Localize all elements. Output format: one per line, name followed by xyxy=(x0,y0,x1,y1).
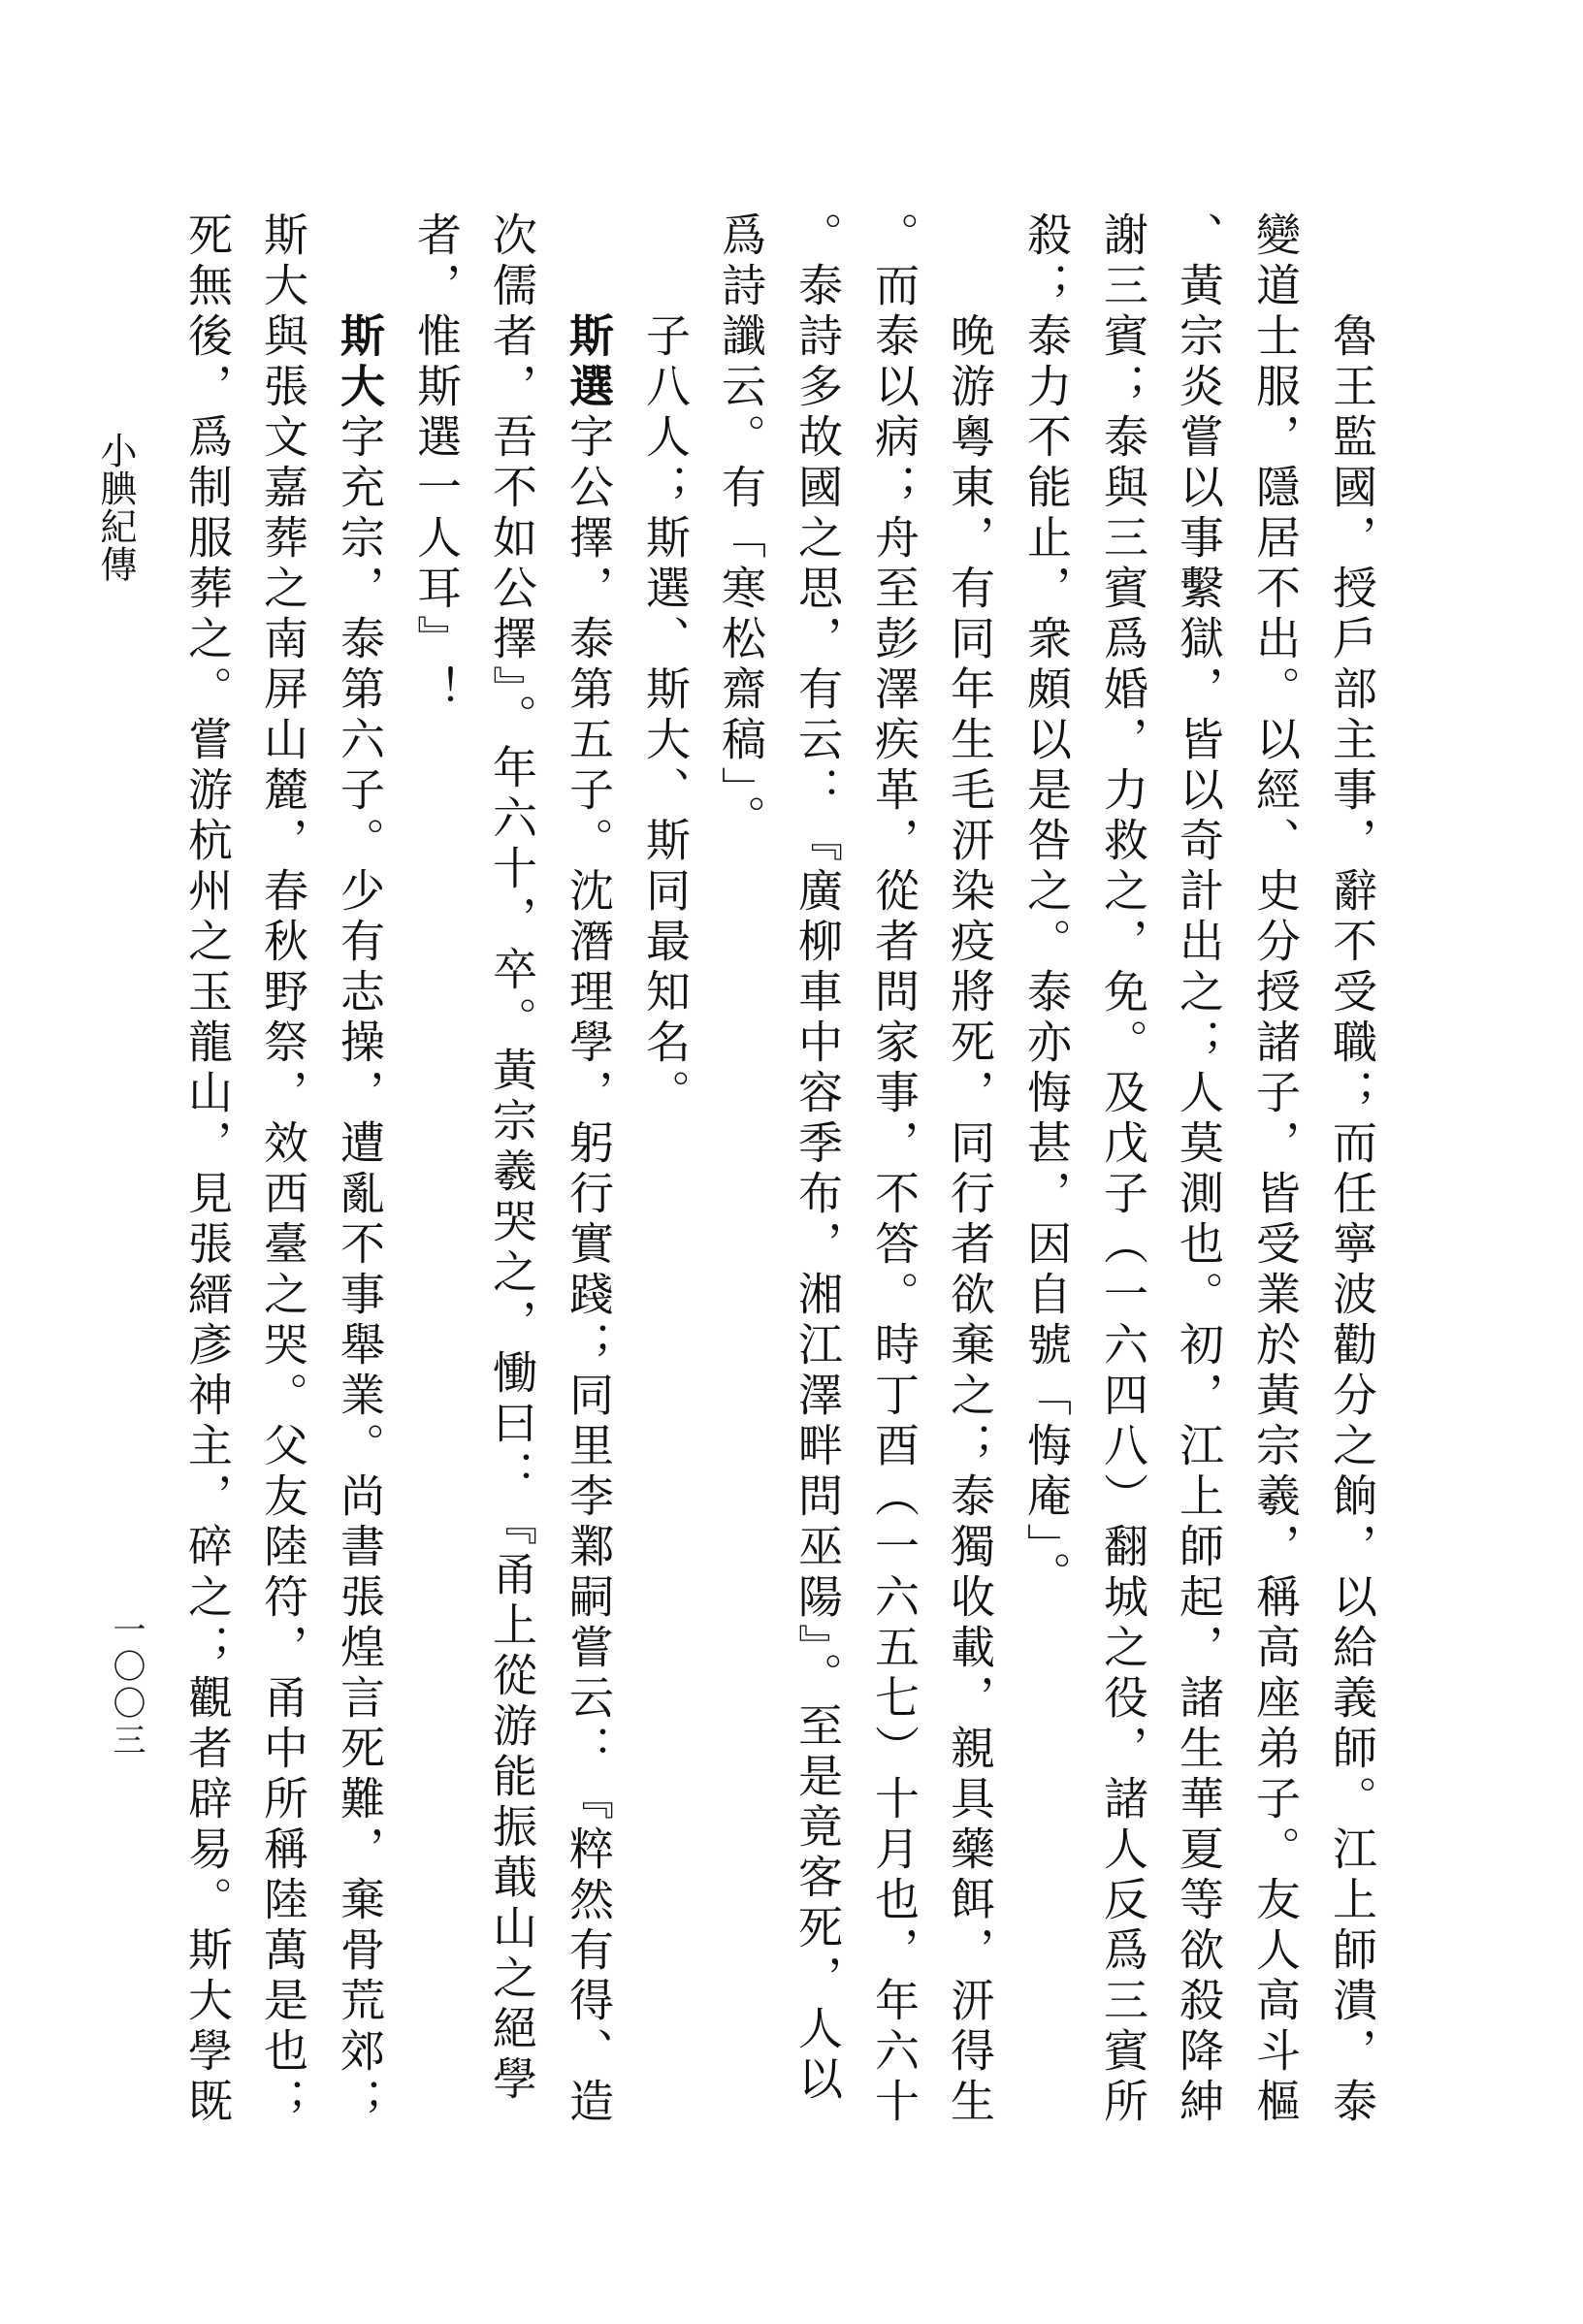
text-column-8: 。泰詩多故國之思，有云：『廣柳車中容季布，湘江澤畔問巫陽』。至是竟客死，人以 xyxy=(792,211,843,2106)
column-text: 、黃宗炎嘗以事繫獄，皆以奇計出之；人莫測也。初，江上師起，諸生華夏等欲殺降紳 xyxy=(1173,211,1225,2128)
text-column-3: 、黃宗炎嘗以事繫獄，皆以奇計出之；人莫測也。初，江上師起，諸生華夏等欲殺降紳 xyxy=(1174,211,1224,2128)
text-column-6: 晚游粵東，有同年生毛汧染疫將死，同行者欲棄之；泰獨收載，親具藥餌，汧得生 xyxy=(945,312,995,2128)
bold-name: 斯選 xyxy=(563,312,615,413)
column-text: 謝三賓；泰與三賓爲婚，力救之，免。及戊子（一六四八）翻城之役，諸人反爲三賓所 xyxy=(1097,211,1149,2128)
column-text: 。而泰以病；舟至彭澤疾革，從者問家事，不答。時丁酉（一六五七）十月也，年六十 xyxy=(868,211,921,2128)
column-text: 字公擇，泰第五子。沈潛理學，躬行實踐；同里李鄴嗣嘗云：『粹然有得、造 xyxy=(563,413,615,2128)
text-column-1: 魯王監國，授戶部主事，辭不受職；而任寧波勸分之餉，以給義師。江上師潰，泰 xyxy=(1327,312,1377,2128)
column-text: 斯大與張文嘉葬之南屏山麓，春秋野祭，效西臺之哭。父友陸符，甬中所稱陸萬是也； xyxy=(257,211,309,2128)
book-page: 魯王監國，授戶部主事，辭不受職；而任寧波勸分之餉，以給義師。江上師潰，泰 變道士… xyxy=(0,0,1583,2324)
column-text: 者，惟斯選一人耳』！ xyxy=(410,211,463,716)
text-column-2: 變道士服，隱居不出。以經、史分授諸子，皆受業於黃宗羲，稱高座弟子。友人高斗樞 xyxy=(1250,211,1301,2128)
column-text: 死無後，爲制服葬之。嘗游杭州之玉龍山，見張縉彥神主，碎之；觀者辟易。斯大學既 xyxy=(181,211,234,2128)
column-text: 字充宗，泰第六子。少有志操，遭亂不事舉業。尚書張煌言死難，棄骨荒郊； xyxy=(334,413,386,2128)
text-column-14: 斯大字充宗，泰第六子。少有志操，遭亂不事舉業。尚書張煌言死難，棄骨荒郊； xyxy=(335,312,385,2128)
column-text: 爲詩讖云。有「寒松齋稿」。 xyxy=(715,211,767,845)
text-column-5: 殺；泰力不能止，衆頗以是咎之。泰亦悔甚，因自號「悔庵」。 xyxy=(1021,211,1072,1601)
column-text: 變道士服，隱居不出。以經、史分授諸子，皆受業於黃宗羲，稱高座弟子。友人高斗樞 xyxy=(1249,211,1302,2128)
column-text: 。泰詩多故國之思，有云：『廣柳車中容季布，湘江澤畔問巫陽』。至是竟客死，人以 xyxy=(791,211,844,2106)
text-column-12: 次儒者，吾不如公擇』。年六十，卒。黃宗羲哭之，慟曰：『甬上從游能振蕺山之絕學 xyxy=(487,211,537,2106)
text-column-11: 斯選字公擇，泰第五子。沈潛理學，躬行實踐；同里李鄴嗣嘗云：『粹然有得、造 xyxy=(564,312,614,2128)
text-column-15: 斯大與張文嘉葬之南屏山麓，春秋野祭，效西臺之哭。父友陸符，甬中所稱陸萬是也； xyxy=(258,211,308,2128)
page-number: 一〇〇三 xyxy=(107,1612,145,1759)
column-text: 子八人；斯選、斯大、斯同最知名。 xyxy=(639,312,692,1119)
bold-name: 斯大 xyxy=(334,312,386,413)
column-text: 殺；泰力不能止，衆頗以是咎之。泰亦悔甚，因自號「悔庵」。 xyxy=(1020,211,1073,1601)
column-text: 魯王監國，授戶部主事，辭不受職；而任寧波勸分之餉，以給義師。江上師潰，泰 xyxy=(1326,312,1378,2128)
text-column-10: 子八人；斯選、斯大、斯同最知名。 xyxy=(640,312,691,1119)
text-column-13: 者，惟斯選一人耳』！ xyxy=(411,211,462,716)
running-title: 小腆紀傳 xyxy=(95,432,136,583)
column-text: 次儒者，吾不如公擇』。年六十，卒。黃宗羲哭之，慟曰：『甬上從游能振蕺山之絕學 xyxy=(486,211,538,2106)
text-column-16: 死無後，爲制服葬之。嘗游杭州之玉龍山，見張縉彥神主，碎之；觀者辟易。斯大學既 xyxy=(182,211,233,2128)
text-column-7: 。而泰以病；舟至彭澤疾革，從者問家事，不答。時丁酉（一六五七）十月也，年六十 xyxy=(869,211,920,2128)
text-column-4: 謝三賓；泰與三賓爲婚，力救之，免。及戊子（一六四八）翻城之役，諸人反爲三賓所 xyxy=(1098,211,1148,2128)
column-text: 晚游粵東，有同年生毛汧染疫將死，同行者欲棄之；泰獨收載，親具藥餌，汧得生 xyxy=(944,312,996,2128)
text-column-9: 爲詩讖云。有「寒松齋稿」。 xyxy=(716,211,766,845)
